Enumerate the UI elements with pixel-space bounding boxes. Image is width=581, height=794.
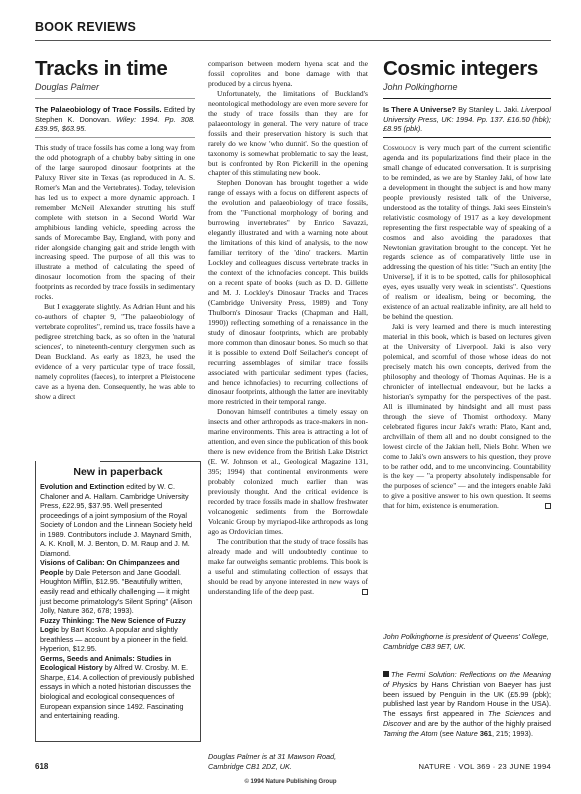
- paragraph: Donovan himself contributes a timely ess…: [208, 407, 368, 536]
- review1-signature: Douglas Palmer is at 31 Mawson Road, Cam…: [208, 752, 368, 772]
- paragraph: Cosmology is very much part of the curre…: [383, 143, 551, 322]
- paperback-box-title: New in paperback: [35, 466, 201, 478]
- review1-body-col1: This study of trace fossils has come a l…: [35, 143, 195, 402]
- rule: [383, 98, 551, 99]
- rule: [383, 137, 551, 138]
- copyright: © 1994 Nature Publishing Group: [0, 779, 581, 785]
- paperback-entry: Germs, Seeds and Animals: Studies in Eco…: [40, 654, 197, 721]
- paragraph: Jaki is very learned and there is much i…: [383, 322, 551, 511]
- review2-title: Cosmic integers: [383, 58, 538, 80]
- paragraph: comparison between modern hyena scat and…: [208, 59, 368, 89]
- review2-bookinfo: Is There A Universe? By Stanley L. Jaki.…: [383, 105, 551, 134]
- review2-body: Cosmology is very much part of the curre…: [383, 143, 551, 511]
- section-heading: BOOK REVIEWS: [35, 20, 136, 34]
- paragraph: But I exaggerate slightly. As Adrian Hun…: [35, 302, 195, 402]
- paragraph: Unfortunately, the limitations of Buckla…: [208, 89, 368, 179]
- review2-signature: John Polkinghorne is president of Queens…: [383, 632, 551, 652]
- rule: [35, 137, 195, 138]
- paperback-entry: Visions of Caliban: On Chimpanzees and P…: [40, 558, 197, 615]
- review1-title: Tracks in time: [35, 58, 168, 80]
- review2-author: John Polkinghorne: [383, 82, 458, 92]
- book-title: Is There A Universe?: [383, 105, 456, 114]
- lead-word: Cosmology: [383, 143, 416, 152]
- paperback-box-topline: [100, 461, 201, 462]
- paperback-entry: Evolution and Extinction edited by W. C.…: [40, 482, 197, 558]
- book-title: The Palaeobiology of Trace Fossils.: [35, 105, 162, 114]
- fermi-note: The Fermi Solution: Reflections on the M…: [383, 670, 551, 739]
- rule: [35, 98, 195, 99]
- end-mark-icon: [362, 589, 368, 595]
- bullet-square-icon: [383, 671, 389, 677]
- review1-bookinfo: The Palaeobiology of Trace Fossils. Edit…: [35, 105, 195, 134]
- end-mark-icon: [545, 503, 551, 509]
- paragraph: Stephen Donovan has brought together a w…: [208, 178, 368, 407]
- review1-body-col2: comparison between modern hyena scat and…: [208, 59, 368, 596]
- review1-author: Douglas Palmer: [35, 82, 99, 92]
- top-rule: [35, 40, 551, 41]
- book-author: By Stanley L. Jaki.: [458, 105, 519, 114]
- journal-citation: NATURE · VOL 369 · 23 JUNE 1994: [418, 762, 551, 771]
- page-number: 618: [35, 762, 48, 771]
- paragraph: This study of trace fossils has come a l…: [35, 143, 195, 302]
- paperback-entry: Fuzzy Thinking: The New Science of Fuzzy…: [40, 616, 197, 654]
- paperback-box-body: Evolution and Extinction edited by W. C.…: [40, 482, 197, 721]
- paragraph: The contribution that the study of trace…: [208, 537, 368, 597]
